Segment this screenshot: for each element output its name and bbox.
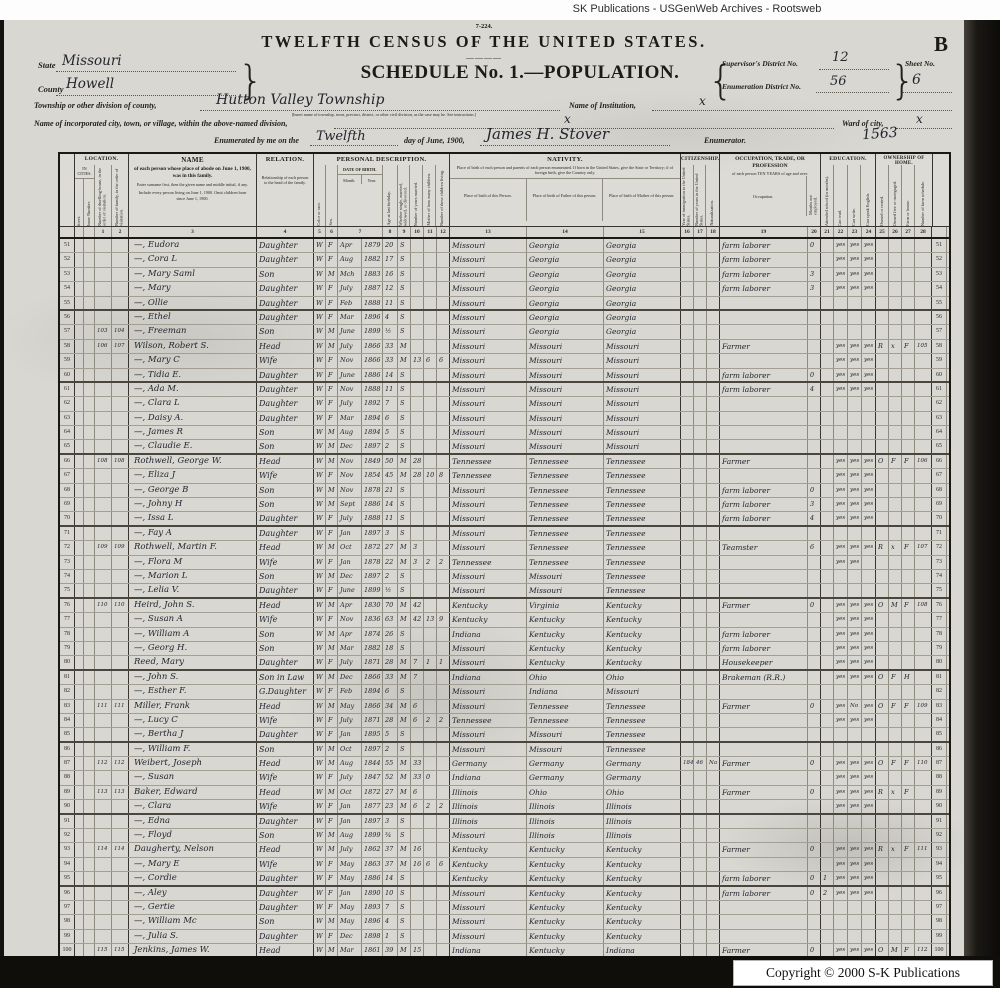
cell-wr: yes [848, 498, 862, 511]
cell-pm: Tennessee [604, 556, 681, 569]
cell-street [75, 771, 84, 784]
cell-line-number-right: 71 [932, 527, 947, 540]
cell-en [862, 829, 876, 842]
table-header: LOCATION. IN CITIES. Street. House Numbe… [60, 154, 949, 227]
cell-ym [411, 340, 424, 353]
cell-dw: 114 [95, 843, 112, 856]
township-value: Hutton Valley Township [216, 92, 384, 108]
cell-wr: yes [848, 771, 862, 784]
cell-liv [437, 268, 450, 281]
cell-rd [834, 829, 848, 842]
cell-own: R [876, 340, 889, 353]
cell-pf: Missouri [527, 728, 604, 740]
cell-s: M [326, 498, 338, 511]
cell-line-number-left: 98 [60, 915, 75, 928]
institution-line [652, 110, 952, 111]
cell-rd: yes [834, 887, 848, 900]
cell-imm [681, 800, 694, 812]
cell-pf: Georgia [527, 239, 604, 252]
cell-fm [889, 268, 902, 281]
cell-occ [720, 714, 808, 727]
cell-en [862, 815, 876, 828]
cell-dw [95, 354, 112, 367]
cell-rd: yes [834, 541, 848, 554]
cell-sched [915, 412, 932, 425]
cell-ym: 6 [411, 714, 424, 727]
cell-yus [694, 771, 707, 784]
cell-rd: yes [834, 858, 848, 871]
cell-street [75, 872, 84, 884]
cell-liv [437, 512, 450, 524]
cell-rel: Wife [257, 469, 314, 482]
cell-street [75, 757, 84, 770]
cell-yr: 1862 [362, 843, 383, 856]
cell-c: W [314, 858, 326, 871]
cell-mo: May [338, 858, 362, 871]
cell-liv [437, 584, 450, 596]
cell-house [84, 800, 95, 812]
cell-occ: farm laborer [720, 484, 808, 497]
cell-occ: Teamster [720, 541, 808, 554]
cell-dw [95, 800, 112, 812]
table-row: 53—, Mary SamlSonWMMch188316SMissouriGeo… [60, 268, 949, 282]
cell-sched [915, 771, 932, 784]
column-number: 1 [95, 227, 112, 237]
cell-house [84, 512, 95, 524]
cell-sch [821, 743, 834, 756]
cell-fh [902, 239, 915, 252]
cell-nat [707, 556, 720, 569]
cell-fh: F [902, 599, 915, 612]
cell-fm [889, 527, 902, 540]
personal-title: PERSONAL DESCRIPTION. [314, 154, 449, 165]
cell-liv [437, 440, 450, 452]
cell-name: Rothwell, George W. [129, 455, 257, 468]
cell-s: F [326, 239, 338, 252]
cell-fh [902, 383, 915, 396]
cell-pm: Georgia [604, 311, 681, 324]
table-row: 78—, William ASonWMApr187426SIndianaKent… [60, 628, 949, 642]
cell-rel: Son [257, 743, 314, 756]
cell-mne [808, 412, 821, 425]
cell-liv: 1 [437, 656, 450, 668]
col-farm-house-label: Farm or house. [906, 199, 911, 226]
cell-liv [437, 872, 450, 884]
state-label: State [38, 60, 55, 70]
cell-imm [681, 369, 694, 381]
cell-fm [889, 556, 902, 569]
cell-yus [694, 786, 707, 799]
cell-occ [720, 354, 808, 367]
cell-name: —, Ollie [129, 297, 257, 309]
cell-house [84, 714, 95, 727]
cell-name: —, Cora L [129, 253, 257, 266]
cell-sched [915, 369, 932, 381]
cell-age: 26 [383, 628, 398, 641]
cell-name: Weibert, Joseph [129, 757, 257, 770]
cell-line-number-left: 75 [60, 584, 75, 596]
cell-street [75, 383, 84, 396]
cell-wr [848, 325, 862, 338]
cell-mne: 3 [808, 498, 821, 511]
cell-c: W [314, 297, 326, 309]
cell-pm: Tennessee [604, 743, 681, 756]
cell-pb: Missouri [450, 700, 527, 713]
cell-nat [707, 325, 720, 338]
cell-m: M [398, 556, 411, 569]
cell-name: —, Clara [129, 800, 257, 812]
cell-pm: Tennessee [604, 714, 681, 727]
cell-wr [848, 297, 862, 309]
cell-moc [424, 325, 437, 338]
cell-imm [681, 541, 694, 554]
cell-house [84, 268, 95, 281]
cell-fh [902, 642, 915, 655]
cell-own: O [876, 700, 889, 713]
cell-yus [694, 354, 707, 367]
cell-occ: Housekeeper [720, 656, 808, 668]
cell-nat [707, 858, 720, 871]
cell-ym [411, 584, 424, 596]
cell-sch [821, 556, 834, 569]
cell-fa [112, 743, 129, 756]
cell-house [84, 944, 95, 956]
cell-line-number-right: 79 [932, 642, 947, 655]
cell-moc [424, 829, 437, 842]
cell-pf: Illinois [527, 829, 604, 842]
cell-liv [437, 340, 450, 353]
cell-en [862, 570, 876, 583]
table-row: 56—, EthelDaughterWFMar18964SMissouriGeo… [60, 311, 949, 325]
cell-house [84, 829, 95, 842]
cell-s: F [326, 527, 338, 540]
cell-mo: Apr [338, 239, 362, 252]
cell-c: W [314, 815, 326, 828]
cell-line-number-right: 67 [932, 469, 947, 482]
cell-m: M [398, 800, 411, 812]
cell-age: ½ [383, 584, 398, 596]
cell-age: 14 [383, 872, 398, 884]
cell-liv [437, 311, 450, 324]
cell-rel: Son [257, 570, 314, 583]
cell-nat [707, 915, 720, 928]
cell-imm [681, 354, 694, 367]
enumerator-label: Enumerator. [704, 136, 746, 145]
cell-moc [424, 757, 437, 770]
cell-fh: F [902, 700, 915, 713]
cell-yus [694, 369, 707, 381]
cell-occ: Farmer [720, 599, 808, 612]
cell-line-number-left: 94 [60, 858, 75, 871]
cell-s: F [326, 800, 338, 812]
cell-house [84, 297, 95, 309]
cell-fm [889, 484, 902, 497]
cell-nat [707, 498, 720, 511]
cell-rd [834, 743, 848, 756]
cell-house [84, 469, 95, 482]
column-number [60, 227, 75, 237]
cell-fa: 109 [112, 541, 129, 554]
cell-line-number-left: 69 [60, 498, 75, 511]
cell-mo: Jan [338, 527, 362, 540]
cell-mne: 0 [808, 843, 821, 856]
cell-liv: 2 [437, 714, 450, 727]
cell-fm [889, 412, 902, 425]
cell-house [84, 498, 95, 511]
cell-age: 14 [383, 498, 398, 511]
cell-occ [720, 440, 808, 452]
cell-street [75, 685, 84, 698]
cell-ym [411, 239, 424, 252]
cell-sched [915, 800, 932, 812]
cell-sch [821, 757, 834, 770]
cell-s: F [326, 930, 338, 943]
column-number: 16 [681, 227, 694, 237]
table-row: 64—, James RSonWMAug18945SMissouriMissou… [60, 426, 949, 440]
cell-pb: Tennessee [450, 469, 527, 482]
cell-en: yes [862, 239, 876, 252]
cell-pm: Missouri [604, 412, 681, 425]
cell-line-number-right: 70 [932, 512, 947, 524]
cell-own: O [876, 757, 889, 770]
cell-fa [112, 297, 129, 309]
cell-moc [424, 239, 437, 252]
cell-yr: 1866 [362, 671, 383, 684]
cell-fh [902, 887, 915, 900]
cell-pb: Illinois [450, 800, 527, 812]
cell-street [75, 656, 84, 668]
cell-moc [424, 901, 437, 914]
cell-sch [821, 714, 834, 727]
cell-line-number-right: 88 [932, 771, 947, 784]
cell-fh [902, 728, 915, 740]
cell-house [84, 915, 95, 928]
cell-fm [889, 512, 902, 524]
cell-line-number-left: 52 [60, 253, 75, 266]
cell-street [75, 887, 84, 900]
cell-fm [889, 325, 902, 338]
cell-line-number-right: 92 [932, 829, 947, 842]
cell-age: 4 [383, 915, 398, 928]
column-number: 26 [889, 227, 902, 237]
cell-pb: Indiana [450, 771, 527, 784]
cell-mne [808, 253, 821, 266]
cell-s: F [326, 297, 338, 309]
cell-fa [112, 498, 129, 511]
cell-m: S [398, 815, 411, 828]
cell-age: 33 [383, 340, 398, 353]
cell-m: S [398, 311, 411, 324]
cell-dw [95, 671, 112, 684]
cell-mne [808, 469, 821, 482]
cell-c: W [314, 800, 326, 812]
cell-fm [889, 714, 902, 727]
cell-street [75, 354, 84, 367]
cell-nat [707, 786, 720, 799]
cell-line-number-left: 72 [60, 541, 75, 554]
cell-pb: Kentucky [450, 858, 527, 871]
cell-occ: Farmer [720, 757, 808, 770]
cell-pb: Illinois [450, 786, 527, 799]
cell-mne [808, 527, 821, 540]
cell-house [84, 383, 95, 396]
cell-line-number-left: 91 [60, 815, 75, 828]
cell-age: ½ [383, 325, 398, 338]
cell-en [862, 325, 876, 338]
cell-c: W [314, 584, 326, 596]
cell-pf: Illinois [527, 800, 604, 812]
cell-yus [694, 613, 707, 626]
cell-m: S [398, 743, 411, 756]
cell-street [75, 815, 84, 828]
cell-moc [424, 397, 437, 410]
cell-dw [95, 498, 112, 511]
cell-line-number-left: 79 [60, 642, 75, 655]
cell-pb: Missouri [450, 541, 527, 554]
cell-mo: May [338, 700, 362, 713]
cell-line-number-right: 78 [932, 628, 947, 641]
cell-s: M [326, 541, 338, 554]
cell-rel: Head [257, 700, 314, 713]
cell-rel: Daughter [257, 901, 314, 914]
cell-mne [808, 930, 821, 943]
cell-pf: Illinois [527, 815, 604, 828]
cell-fa [112, 354, 129, 367]
cell-own [876, 369, 889, 381]
cell-fh [902, 872, 915, 884]
cell-age: 70 [383, 599, 398, 612]
cell-mo: May [338, 901, 362, 914]
cell-c: W [314, 757, 326, 770]
cell-line-number-left: 100 [60, 944, 75, 956]
cell-rd [834, 570, 848, 583]
cell-nat [707, 412, 720, 425]
cell-own [876, 613, 889, 626]
column-number: 15 [604, 227, 681, 237]
enumeration-line [816, 92, 889, 93]
cell-name: —, Fay A [129, 527, 257, 540]
cell-moc: 6 [424, 858, 437, 871]
cell-ym: 6 [411, 786, 424, 799]
cell-imm [681, 239, 694, 252]
cell-dw [95, 872, 112, 884]
cell-line-number-right: 66 [932, 455, 947, 468]
cell-rd [834, 930, 848, 943]
cell-house [84, 325, 95, 338]
cell-m: M [398, 714, 411, 727]
table-row: 91—, EdnaDaughterWFJan18973SIllinoisIlli… [60, 815, 949, 829]
name-title: NAME [129, 154, 256, 165]
cell-nat [707, 354, 720, 367]
cell-moc [424, 700, 437, 713]
cell-c: W [314, 282, 326, 295]
cell-occ: Farmer [720, 340, 808, 353]
cell-yus [694, 743, 707, 756]
cell-street [75, 484, 84, 497]
enumerator-name-value: James H. Stover [486, 125, 609, 143]
cell-rd [834, 815, 848, 828]
cell-dw [95, 642, 112, 655]
population-table: LOCATION. IN CITIES. Street. House Numbe… [58, 152, 951, 961]
cell-street [75, 369, 84, 381]
cell-moc [424, 340, 437, 353]
cell-sched: 108 [915, 599, 932, 612]
cell-occ: farm laborer [720, 887, 808, 900]
cell-rd: yes [834, 253, 848, 266]
cell-fa: 108 [112, 455, 129, 468]
cell-sch [821, 253, 834, 266]
cell-line-number-right: 86 [932, 743, 947, 756]
cell-street [75, 556, 84, 569]
cell-mo: Mch [338, 268, 362, 281]
cell-yr: 1894 [362, 685, 383, 698]
cell-rel: Wife [257, 800, 314, 812]
cell-pm: Germany [604, 771, 681, 784]
cell-s: F [326, 253, 338, 266]
col-read-label: Can read. [838, 209, 843, 226]
table-row: 54—, MaryDaughterWFJuly188712SMissouriGe… [60, 282, 949, 296]
cell-moc: 2 [424, 714, 437, 727]
cell-ym [411, 728, 424, 740]
cell-s: M [326, 642, 338, 655]
cell-dw [95, 397, 112, 410]
cell-rel: Son [257, 642, 314, 655]
cell-fm [889, 728, 902, 740]
cell-sched [915, 397, 932, 410]
cell-imm [681, 858, 694, 871]
census-title: TWELFTH CENSUS OF THE UNITED STATES. [261, 32, 706, 52]
cell-line-number-left: 51 [60, 239, 75, 252]
cell-en [862, 728, 876, 740]
cell-liv [437, 700, 450, 713]
cell-yus [694, 584, 707, 596]
enumerated-mid-label: day of June, 1900, [404, 136, 465, 145]
cell-dw: 112 [95, 757, 112, 770]
cell-fm [889, 872, 902, 884]
cell-c: W [314, 498, 326, 511]
cell-pm: Tennessee [604, 469, 681, 482]
cell-fm [889, 570, 902, 583]
cell-dw [95, 239, 112, 252]
cell-rel: Daughter [257, 239, 314, 252]
cell-yr: 1849 [362, 455, 383, 468]
cell-wr: yes [848, 340, 862, 353]
cell-m: M [398, 354, 411, 367]
cell-fa [112, 527, 129, 540]
cell-nat [707, 728, 720, 740]
cell-fm: F [889, 671, 902, 684]
cell-ym [411, 412, 424, 425]
header-right-line-numbers [932, 154, 949, 226]
cell-fa [112, 642, 129, 655]
cell-imm [681, 829, 694, 842]
cell-line-number-right: 55 [932, 297, 947, 309]
cell-pm: Missouri [604, 383, 681, 396]
cell-ym [411, 311, 424, 324]
cell-pb: Missouri [450, 354, 527, 367]
cell-s: F [326, 728, 338, 740]
cell-own [876, 743, 889, 756]
col-years-married-label: Number of years married. [414, 181, 419, 226]
cell-fh: H [902, 671, 915, 684]
cell-yr: 1894 [362, 412, 383, 425]
cell-mne [808, 570, 821, 583]
cell-pf: Georgia [527, 297, 604, 309]
cell-liv [437, 915, 450, 928]
cell-imm [681, 556, 694, 569]
cell-fh [902, 771, 915, 784]
cell-rel: Wife [257, 354, 314, 367]
